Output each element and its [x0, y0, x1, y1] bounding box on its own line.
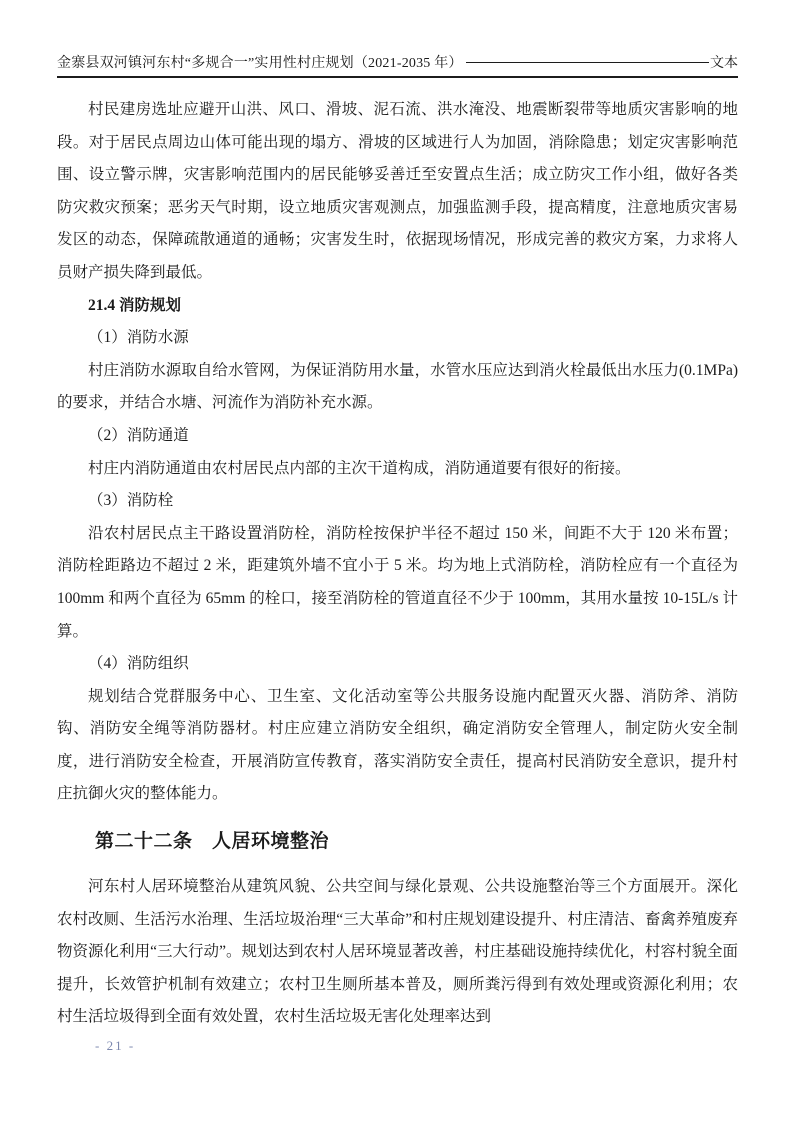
page-number: - 21 -	[95, 1038, 135, 1054]
paragraph-disaster-prevention: 村民建房选址应避开山洪、风口、滑坡、泥石流、洪水淹没、地震断裂带等地质灾害影响的…	[57, 94, 738, 290]
paragraph-fire-hydrant: 沿农村居民点主干路设置消防栓，消防栓按保护半径不超过 150 米，间距不大于 1…	[57, 518, 738, 648]
item-title-fire-organization: （4）消防组织	[57, 648, 738, 681]
heading-article-22-living-environment: 第二十二条 人居环境整治	[57, 827, 738, 857]
paragraph-fire-water-source: 村庄消防水源取自给水管网，为保证消防用水量，水管水压应达到消火栓最低出水压力(0…	[57, 355, 738, 420]
header-doc-type: 文本	[710, 55, 738, 73]
paragraph-living-environment: 河东村人居环境整治从建筑风貌、公共空间与绿化景观、公共设施整治等三个方面展开。深…	[57, 871, 738, 1034]
item-title-fire-passage: （2）消防通道	[57, 420, 738, 453]
heading-fire-planning: 21.4 消防规划	[57, 290, 738, 323]
item-title-fire-hydrant: （3）消防栓	[57, 485, 738, 518]
header-leader-line	[466, 62, 709, 63]
page-header: 金寨县双河镇河东村“多规合一”实用性村庄规划（2021-2035 年） 文本	[57, 55, 738, 78]
item-title-fire-water-source: （1）消防水源	[57, 322, 738, 355]
paragraph-fire-organization: 规划结合党群服务中心、卫生室、文化活动室等公共服务设施内配置灭火器、消防斧、消防…	[57, 681, 738, 811]
document-body: 村民建房选址应避开山洪、风口、滑坡、泥石流、洪水淹没、地震断裂带等地质灾害影响的…	[57, 94, 738, 1034]
paragraph-fire-passage: 村庄内消防通道由农村居民点内部的主次干道构成，消防通道要有很好的衔接。	[57, 453, 738, 486]
document-page: 金寨县双河镇河东村“多规合一”实用性村庄规划（2021-2035 年） 文本 村…	[57, 0, 738, 1122]
header-title: 金寨县双河镇河东村“多规合一”实用性村庄规划（2021-2035 年）	[57, 55, 463, 73]
